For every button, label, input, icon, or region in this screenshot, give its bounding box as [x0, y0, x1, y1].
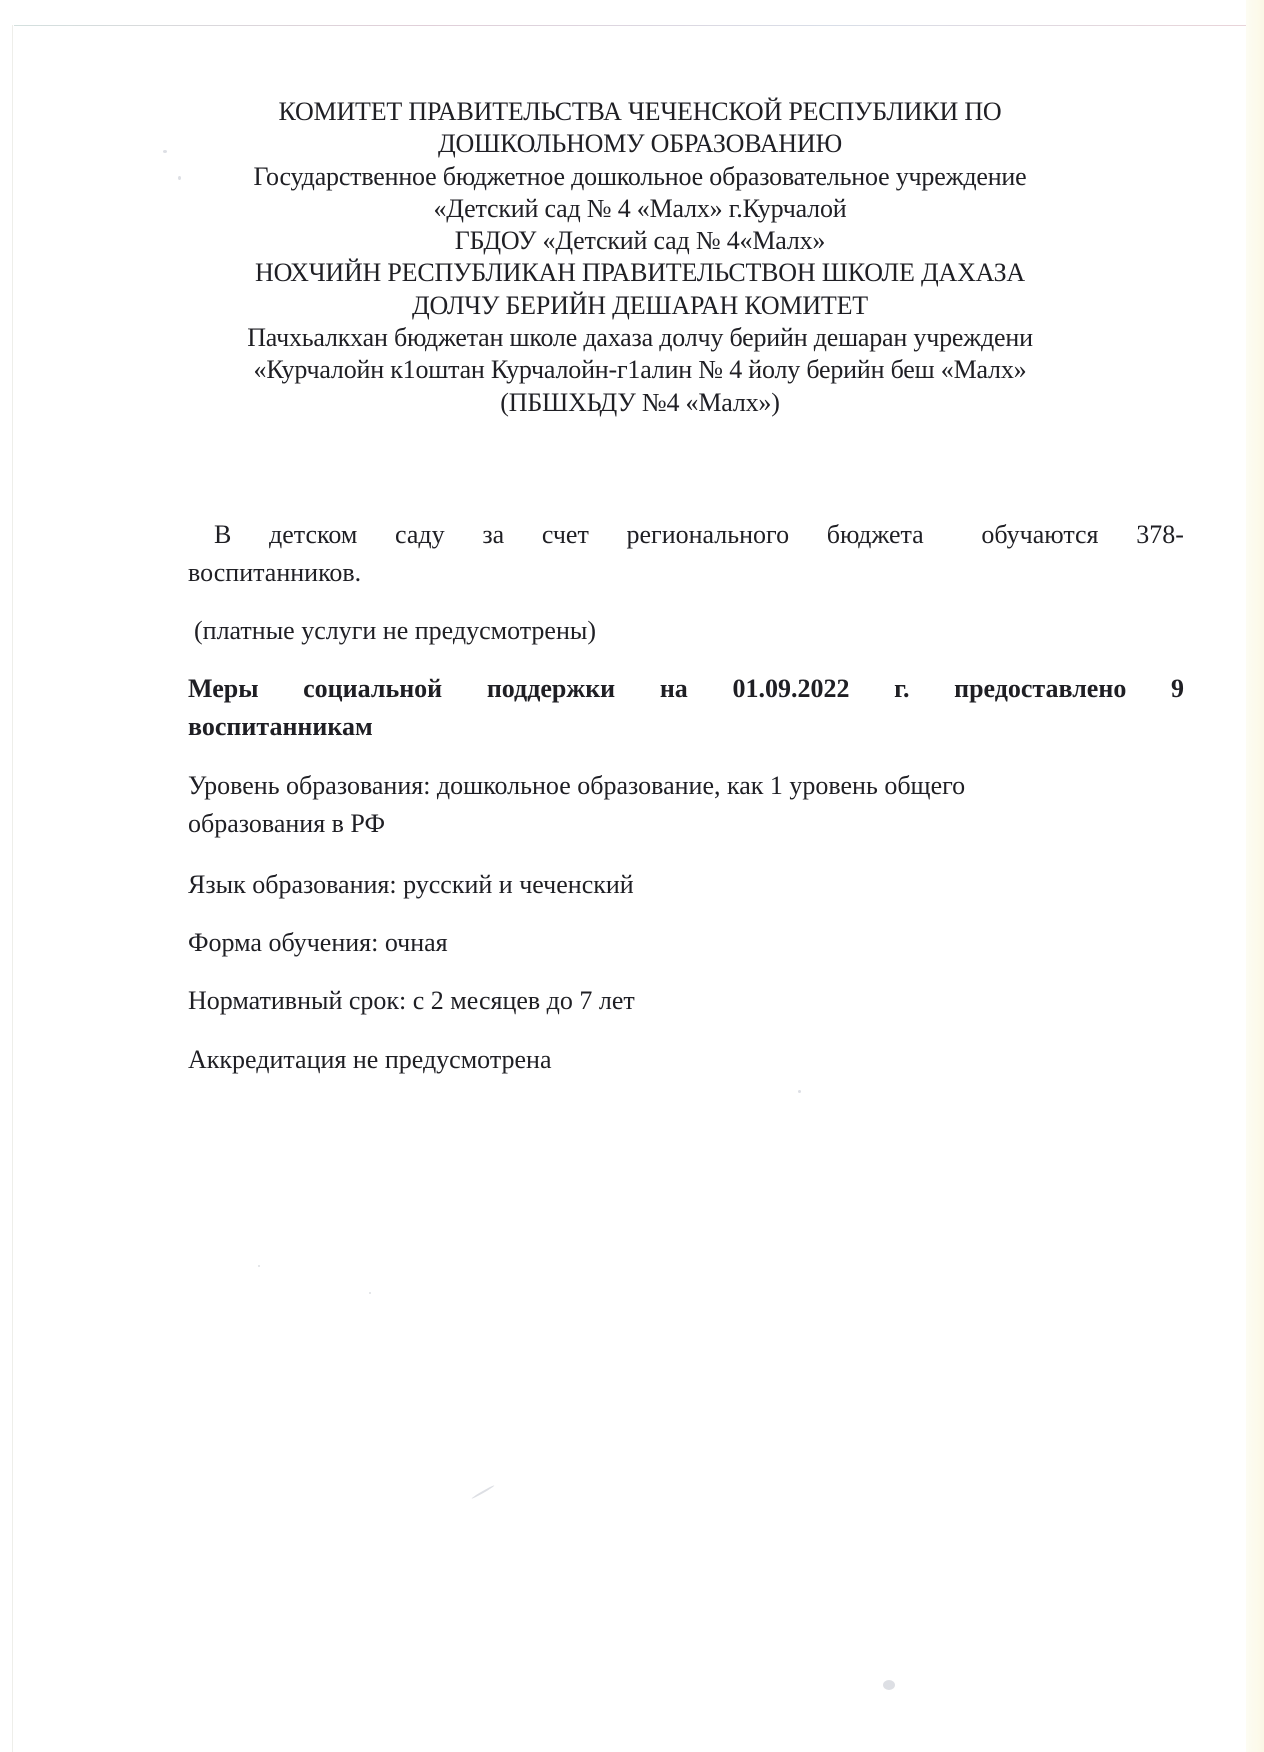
scan-border-line-left [12, 25, 13, 1752]
word: предоставлено [954, 670, 1126, 708]
accreditation-note: Аккредитация не предусмотрена [188, 1041, 1184, 1079]
document-header: КОМИТЕТ ПРАВИТЕЛЬСТВА ЧЕЧЕНСКОЙ РЕСПУБЛИ… [180, 96, 1100, 419]
word: В [214, 516, 231, 554]
header-institution-abbr-ce: (ПБШХЬДУ №4 «Малх») [180, 387, 1100, 419]
scan-speck [163, 150, 167, 153]
enrollment-line2: воспитанников. [188, 554, 1184, 592]
word: детском [269, 516, 357, 554]
word: поддержки [487, 670, 615, 708]
word: счет [542, 516, 589, 554]
header-institution-name-ce: «Курчалойн к1оштан Курчалойн-г1алин № 4 … [180, 354, 1100, 386]
header-institution-ru: Государственное бюджетное дошкольное обр… [180, 161, 1100, 193]
education-term: Нормативный срок: с 2 месяцев до 7 лет [188, 982, 1184, 1020]
scan-speck [369, 1292, 371, 1294]
social-support-line1: Меры социальной поддержки на 01.09.2022 … [188, 670, 1184, 708]
social-support-paragraph: Меры социальной поддержки на 01.09.2022 … [188, 670, 1184, 746]
scan-speck [883, 1680, 895, 1690]
education-level-paragraph: Уровень образования: дошкольное образова… [188, 767, 1184, 843]
scan-speck [471, 1485, 495, 1500]
social-support-line2: воспитанникам [188, 708, 1184, 746]
support-date: 01.09.2022 [732, 670, 849, 708]
word: за [482, 516, 504, 554]
education-level-line2: образования в РФ [188, 805, 1184, 843]
scanned-document-page: { "header": { "lines": [ "КОМИТЕТ ПРАВИТ… [0, 0, 1264, 1752]
word: социальной [303, 670, 442, 708]
enrollment-paragraph: В детском саду за счет регионального бюд… [188, 516, 1184, 592]
scan-border-line-top [14, 25, 1248, 26]
word: Меры [188, 670, 259, 708]
enrollment-line1: В детском саду за счет регионального бюд… [188, 516, 1184, 554]
scan-edge-strip [1246, 0, 1264, 1752]
education-language: Язык образования: русский и чеченский [188, 866, 1184, 904]
scan-speck [798, 1090, 801, 1093]
header-committee-ce-line1: НОХЧИЙН РЕСПУБЛИКАН ПРАВИТЕЛЬСТВОН ШКОЛЕ… [180, 257, 1100, 289]
header-committee-ru-line1: КОМИТЕТ ПРАВИТЕЛЬСТВА ЧЕЧЕНСКОЙ РЕСПУБЛИ… [180, 96, 1100, 128]
word: регионального [627, 516, 790, 554]
header-committee-ru-line2: ДОШКОЛЬНОМУ ОБРАЗОВАНИЮ [180, 128, 1100, 160]
word: на [660, 670, 688, 708]
support-count: 9 [1171, 670, 1184, 708]
education-form: Форма обучения: очная [188, 924, 1184, 962]
header-institution-abbr-ru: ГБДОУ «Детский сад № 4«Малх» [180, 225, 1100, 257]
enrollment-count: 378- [1136, 516, 1184, 554]
education-level-line1: Уровень образования: дошкольное образова… [188, 767, 1184, 805]
word: бюджета [827, 516, 924, 554]
header-institution-name-ru: «Детский сад № 4 «Малх» г.Курчалой [180, 193, 1100, 225]
word: саду [395, 516, 445, 554]
word: обучаются [981, 516, 1098, 554]
header-committee-ce-line2: ДОЛЧУ БЕРИЙН ДЕШАРАН КОМИТЕТ [180, 290, 1100, 322]
scan-speck [258, 1265, 260, 1267]
word: г. [894, 670, 909, 708]
header-institution-ce: Пачхьалкхан бюджетан школе дахаза долчу … [180, 322, 1100, 354]
paid-services-note: (платные услуги не предусмотрены) [188, 612, 1190, 650]
